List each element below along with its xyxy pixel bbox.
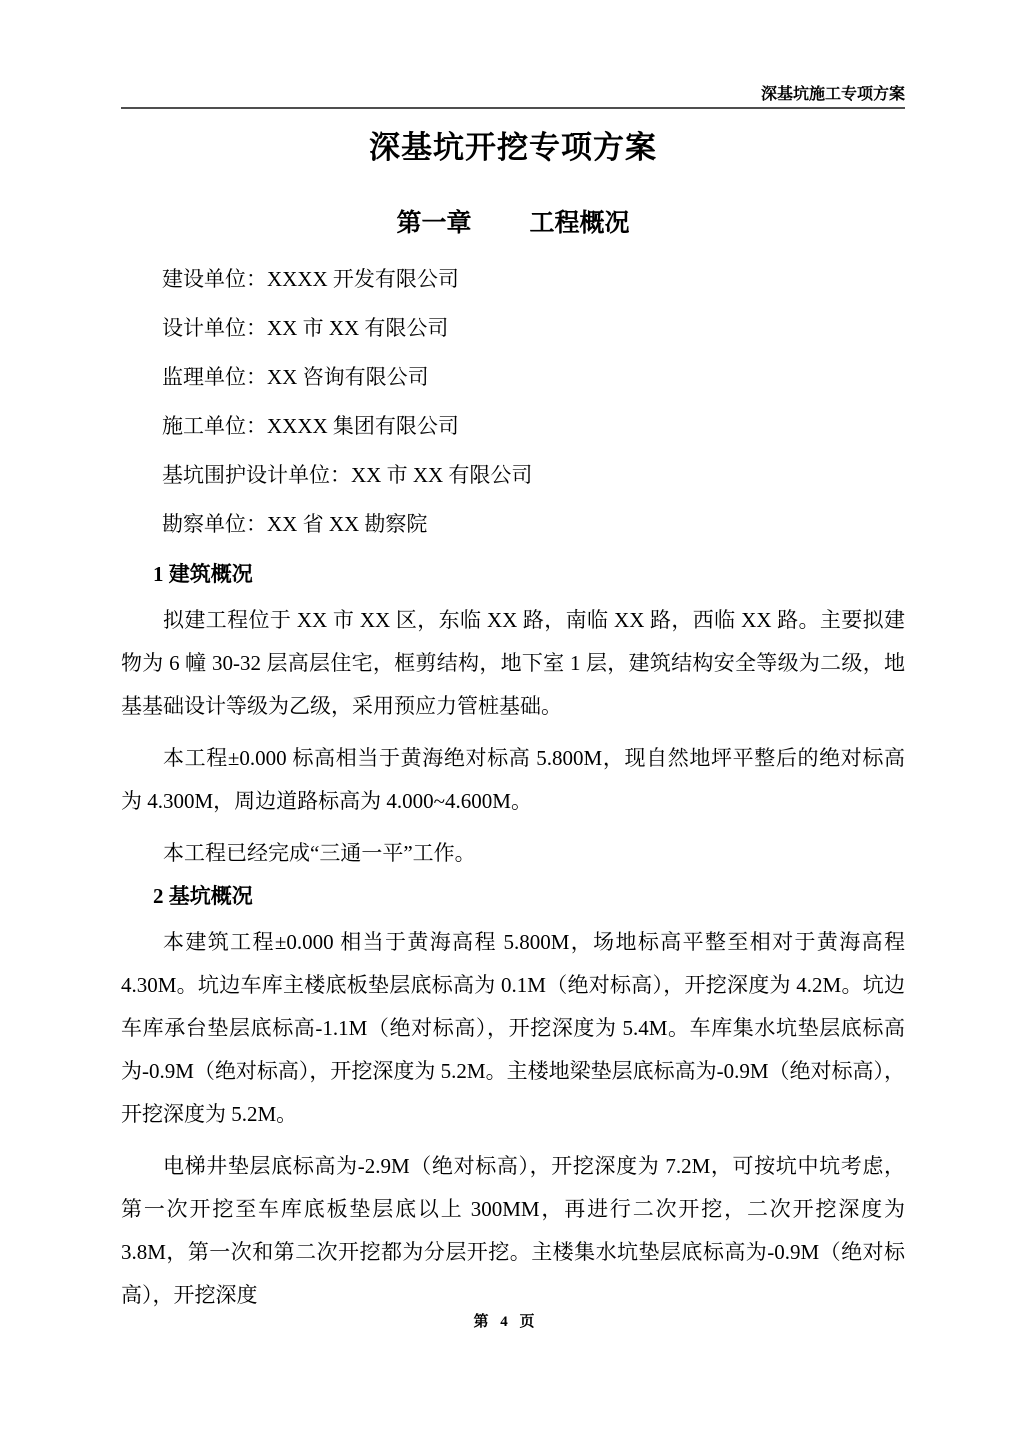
- section-heading-pit-overview: 2 基坑概况: [121, 884, 905, 908]
- body-paragraph: 本工程已经完成“三通一平”工作。: [121, 832, 905, 875]
- info-line-survey-unit: 勘察单位：XX 省 XX 勘察院: [162, 513, 905, 536]
- running-header: 深基坑施工专项方案: [121, 0, 905, 109]
- chapter-heading: 第一章工程概况: [121, 209, 905, 239]
- page-number: 第 4 页: [473, 1314, 538, 1330]
- info-line-pit-enclosure-design-unit: 基坑围护设计单位：XX 市 XX 有限公司: [162, 464, 905, 487]
- info-line-design-unit: 设计单位：XX 市 XX 有限公司: [162, 317, 905, 340]
- section-pit-overview: 2 基坑概况 本建筑工程±0.000 相当于黄海高程 5.800M，场地标高平整…: [121, 884, 905, 1317]
- body-paragraph: 电梯井垫层底标高为-2.9M（绝对标高），开挖深度为 7.2M，可按坑中坑考虑，…: [121, 1145, 905, 1317]
- body-paragraph: 拟建工程位于 XX 市 XX 区，东临 XX 路，南临 XX 路，西临 XX 路…: [121, 599, 905, 728]
- chapter-title: 工程概况: [530, 210, 630, 237]
- info-line-contractor-unit: 施工单位：XXXX 集团有限公司: [162, 415, 905, 438]
- project-info-list: 建设单位：XXXX 开发有限公司 设计单位：XX 市 XX 有限公司 监理单位：…: [121, 268, 905, 536]
- section-heading-building-overview: 1 建筑概况: [121, 562, 905, 586]
- chapter-number: 第一章: [396, 210, 471, 237]
- body-paragraph: 本工程±0.000 标高相当于黄海绝对标高 5.800M，现自然地坪平整后的绝对…: [121, 737, 905, 823]
- page-footer: 第 4 页: [0, 1310, 1012, 1331]
- page-content: 深基坑施工专项方案 深基坑开挖专项方案 第一章工程概况 建设单位：XXXX 开发…: [121, 0, 905, 1317]
- info-line-supervision-unit: 监理单位：XX 咨询有限公司: [162, 366, 905, 389]
- body-paragraph: 本建筑工程±0.000 相当于黄海高程 5.800M，场地标高平整至相对于黄海高…: [121, 921, 905, 1136]
- info-line-construction-unit: 建设单位：XXXX 开发有限公司: [162, 268, 905, 291]
- section-building-overview: 1 建筑概况 拟建工程位于 XX 市 XX 区，东临 XX 路，南临 XX 路，…: [121, 562, 905, 875]
- document-title: 深基坑开挖专项方案: [121, 130, 905, 166]
- running-header-text: 深基坑施工专项方案: [761, 86, 905, 103]
- document-page: 深基坑施工专项方案 深基坑开挖专项方案 第一章工程概况 建设单位：XXXX 开发…: [0, 0, 1012, 1431]
